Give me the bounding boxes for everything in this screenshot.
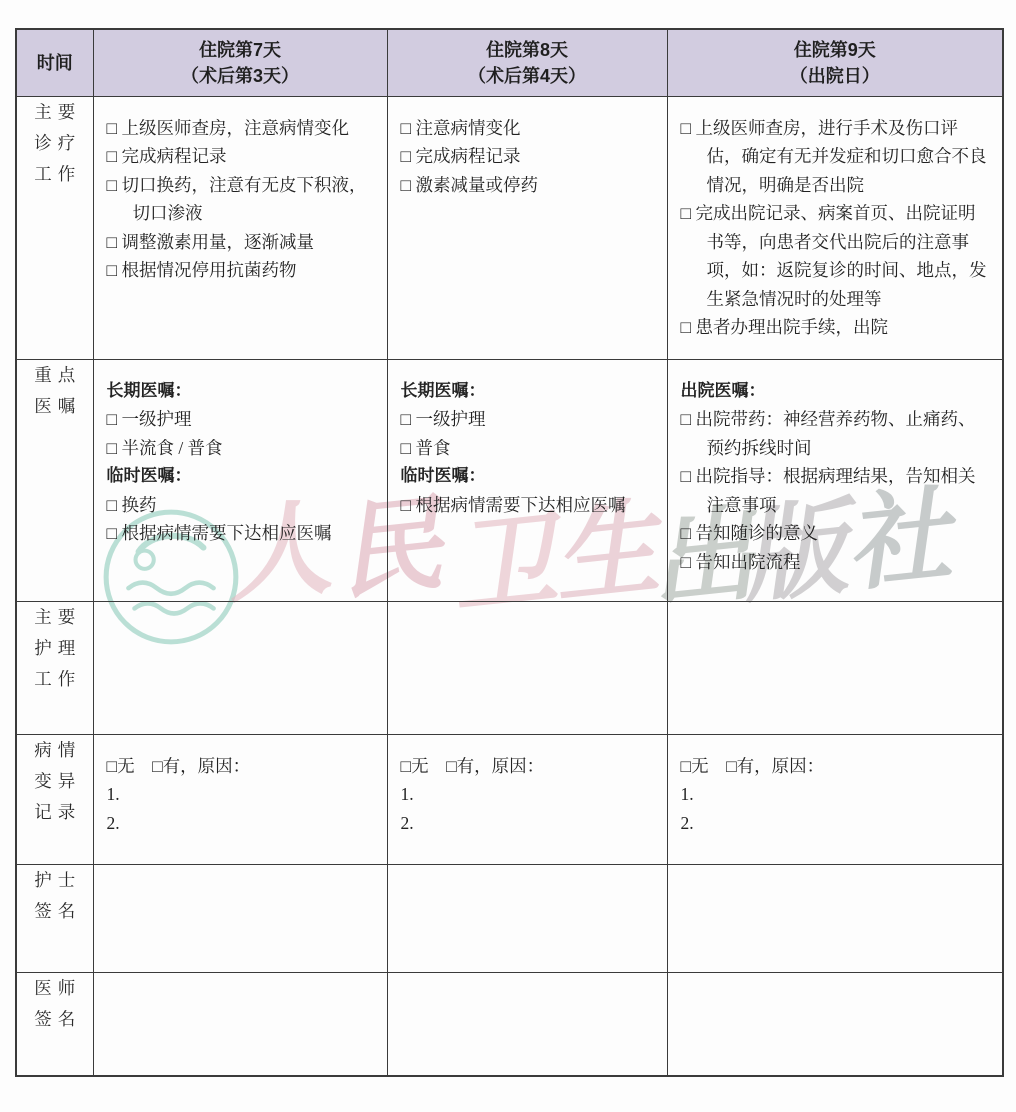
checklist-item: 2. [401, 809, 657, 838]
row-main-care: 主要诊疗工作 □ 上级医师查房，注意病情变化□ 完成病程记录□ 切口换药，注意有… [16, 96, 1003, 359]
header-day7: 住院第7天 （术后第3天） [93, 29, 387, 96]
row-label-line: 主要 [23, 602, 93, 633]
checklist-item: □ 换药 [107, 491, 377, 520]
checklist-item: □ 上级医师查房，进行手术及伤口评估，确定有无并发症和切口愈合不良情况，明确是否… [681, 114, 993, 200]
cell-variation-day8: □无 □有，原因：1.2. [387, 734, 667, 864]
cell-doctor-signature-day7 [93, 972, 387, 1076]
header-day9: 住院第9天 （出院日） [667, 29, 1003, 96]
checklist-item: 2. [681, 809, 993, 838]
row-key-orders: 重点医嘱 长期医嘱：□ 一级护理□ 半流食 / 普食临时医嘱：□ 换药□ 根据病… [16, 359, 1003, 601]
row-label-variation-record: 病情变异记录 [16, 734, 93, 864]
cell-key-orders-day8: 长期医嘱：□ 一级护理□ 普食临时医嘱：□ 根据病情需要下达相应医嘱 [387, 359, 667, 601]
checklist-item: □ 出院指导：根据病理结果，告知相关注意事项 [681, 462, 993, 519]
checklist-item: 1. [107, 780, 377, 809]
row-main-nursing: 主要护理工作 [16, 601, 1003, 734]
cell-variation-day9: □无 □有，原因：1.2. [667, 734, 1003, 864]
row-label-main-nursing: 主要护理工作 [16, 601, 93, 734]
checklist-item: □ 告知随诊的意义 [681, 519, 993, 548]
row-label-line: 记录 [23, 797, 93, 828]
checklist-item: □ 患者办理出院手续，出院 [681, 313, 993, 342]
header-time: 时间 [16, 29, 93, 96]
cell-doctor-signature-day8 [387, 972, 667, 1076]
checklist-item: □无 □有，原因： [107, 752, 377, 781]
row-label-line: 签名 [23, 896, 93, 927]
checklist-item: □ 完成病程记录 [401, 142, 657, 171]
row-label-line: 医嘱 [23, 391, 93, 422]
header-day7-line1: 住院第7天 [94, 37, 387, 63]
header-day9-line1: 住院第9天 [668, 37, 1003, 63]
header-day8-line1: 住院第8天 [388, 37, 667, 63]
cell-main-care-day7: □ 上级医师查房，注意病情变化□ 完成病程记录□ 切口换药，注意有无皮下积液，切… [93, 96, 387, 359]
checklist-item: □ 根据病情需要下达相应医嘱 [401, 491, 657, 520]
checklist-item: □ 一级护理 [401, 405, 657, 434]
row-label-nurse-signature: 护士签名 [16, 864, 93, 972]
cell-main-nursing-day8 [387, 601, 667, 734]
row-label-line: 变异 [23, 766, 93, 797]
row-label-line: 护士 [23, 865, 93, 896]
header-row: 时间 住院第7天 （术后第3天） 住院第8天 （术后第4天） 住院第9天 （出院… [16, 29, 1003, 96]
checklist-item: □ 告知出院流程 [681, 548, 993, 577]
cell-nurse-signature-day9 [667, 864, 1003, 972]
row-label-key-orders: 重点医嘱 [16, 359, 93, 601]
cell-main-nursing-day9 [667, 601, 1003, 734]
cell-key-orders-day9: 出院医嘱：□ 出院带药：神经营养药物、止痛药、预约拆线时间□ 出院指导：根据病理… [667, 359, 1003, 601]
checklist-item: □ 半流食 / 普食 [107, 434, 377, 463]
row-label-line: 工作 [23, 159, 93, 190]
orders-subheading: 长期医嘱： [107, 377, 377, 406]
checklist-item: □ 调整激素用量，逐渐减量 [107, 228, 377, 257]
cell-main-care-day8: □ 注意病情变化□ 完成病程记录□ 激素减量或停药 [387, 96, 667, 359]
checklist-item: □ 切口换药，注意有无皮下积液，切口渗液 [107, 171, 377, 228]
checklist-item: □ 一级护理 [107, 405, 377, 434]
orders-subheading: 临时医嘱： [107, 462, 377, 491]
row-label-line: 签名 [23, 1004, 93, 1035]
cell-nurse-signature-day7 [93, 864, 387, 972]
cell-key-orders-day7: 长期医嘱：□ 一级护理□ 半流食 / 普食临时医嘱：□ 换药□ 根据病情需要下达… [93, 359, 387, 601]
checklist-item: □无 □有，原因： [681, 752, 993, 781]
row-label-line: 病情 [23, 735, 93, 766]
orders-subheading: 出院医嘱： [681, 377, 993, 406]
scanned-document-page: 人民卫生出版社 时间 住院第7天 （术后第3天） 住院第8天 （术后第4天） 住… [0, 0, 1016, 1112]
checklist-item: □ 上级医师查房，注意病情变化 [107, 114, 377, 143]
checklist-item: □ 根据情况停用抗菌药物 [107, 256, 377, 285]
row-doctor-signature: 医师签名 [16, 972, 1003, 1076]
cell-nurse-signature-day8 [387, 864, 667, 972]
cell-doctor-signature-day9 [667, 972, 1003, 1076]
cell-main-care-day9: □ 上级医师查房，进行手术及伤口评估，确定有无并发症和切口愈合不良情况，明确是否… [667, 96, 1003, 359]
row-label-line: 诊疗 [23, 128, 93, 159]
cell-variation-day7: □无 □有，原因：1.2. [93, 734, 387, 864]
checklist-item: □ 激素减量或停药 [401, 171, 657, 200]
checklist-item: 2. [107, 809, 377, 838]
checklist-item: □ 普食 [401, 434, 657, 463]
row-label-line: 主要 [23, 97, 93, 128]
row-label-line: 医师 [23, 973, 93, 1004]
orders-subheading: 临时医嘱： [401, 462, 657, 491]
row-nurse-signature: 护士签名 [16, 864, 1003, 972]
checklist-item: □ 完成出院记录、病案首页、出院证明书等，向患者交代出院后的注意事项，如：返院复… [681, 199, 993, 313]
row-label-main-care: 主要诊疗工作 [16, 96, 93, 359]
checklist-item: □ 注意病情变化 [401, 114, 657, 143]
checklist-item: □ 完成病程记录 [107, 142, 377, 171]
row-label-line: 工作 [23, 664, 93, 695]
checklist-item: 1. [401, 780, 657, 809]
clinical-pathway-table: 时间 住院第7天 （术后第3天） 住院第8天 （术后第4天） 住院第9天 （出院… [15, 28, 1004, 1077]
header-day8-line2: （术后第4天） [388, 63, 667, 89]
row-label-line: 护理 [23, 633, 93, 664]
checklist-item: □ 根据病情需要下达相应医嘱 [107, 519, 377, 548]
header-day7-line2: （术后第3天） [94, 63, 387, 89]
checklist-item: □无 □有，原因： [401, 752, 657, 781]
row-label-line: 重点 [23, 360, 93, 391]
row-label-doctor-signature: 医师签名 [16, 972, 93, 1076]
orders-subheading: 长期医嘱： [401, 377, 657, 406]
checklist-item: □ 出院带药：神经营养药物、止痛药、预约拆线时间 [681, 405, 993, 462]
checklist-item: 1. [681, 780, 993, 809]
cell-main-nursing-day7 [93, 601, 387, 734]
header-day9-line2: （出院日） [668, 63, 1003, 89]
row-variation-record: 病情变异记录 □无 □有，原因：1.2. □无 □有，原因：1.2. □无 □有… [16, 734, 1003, 864]
header-day8: 住院第8天 （术后第4天） [387, 29, 667, 96]
